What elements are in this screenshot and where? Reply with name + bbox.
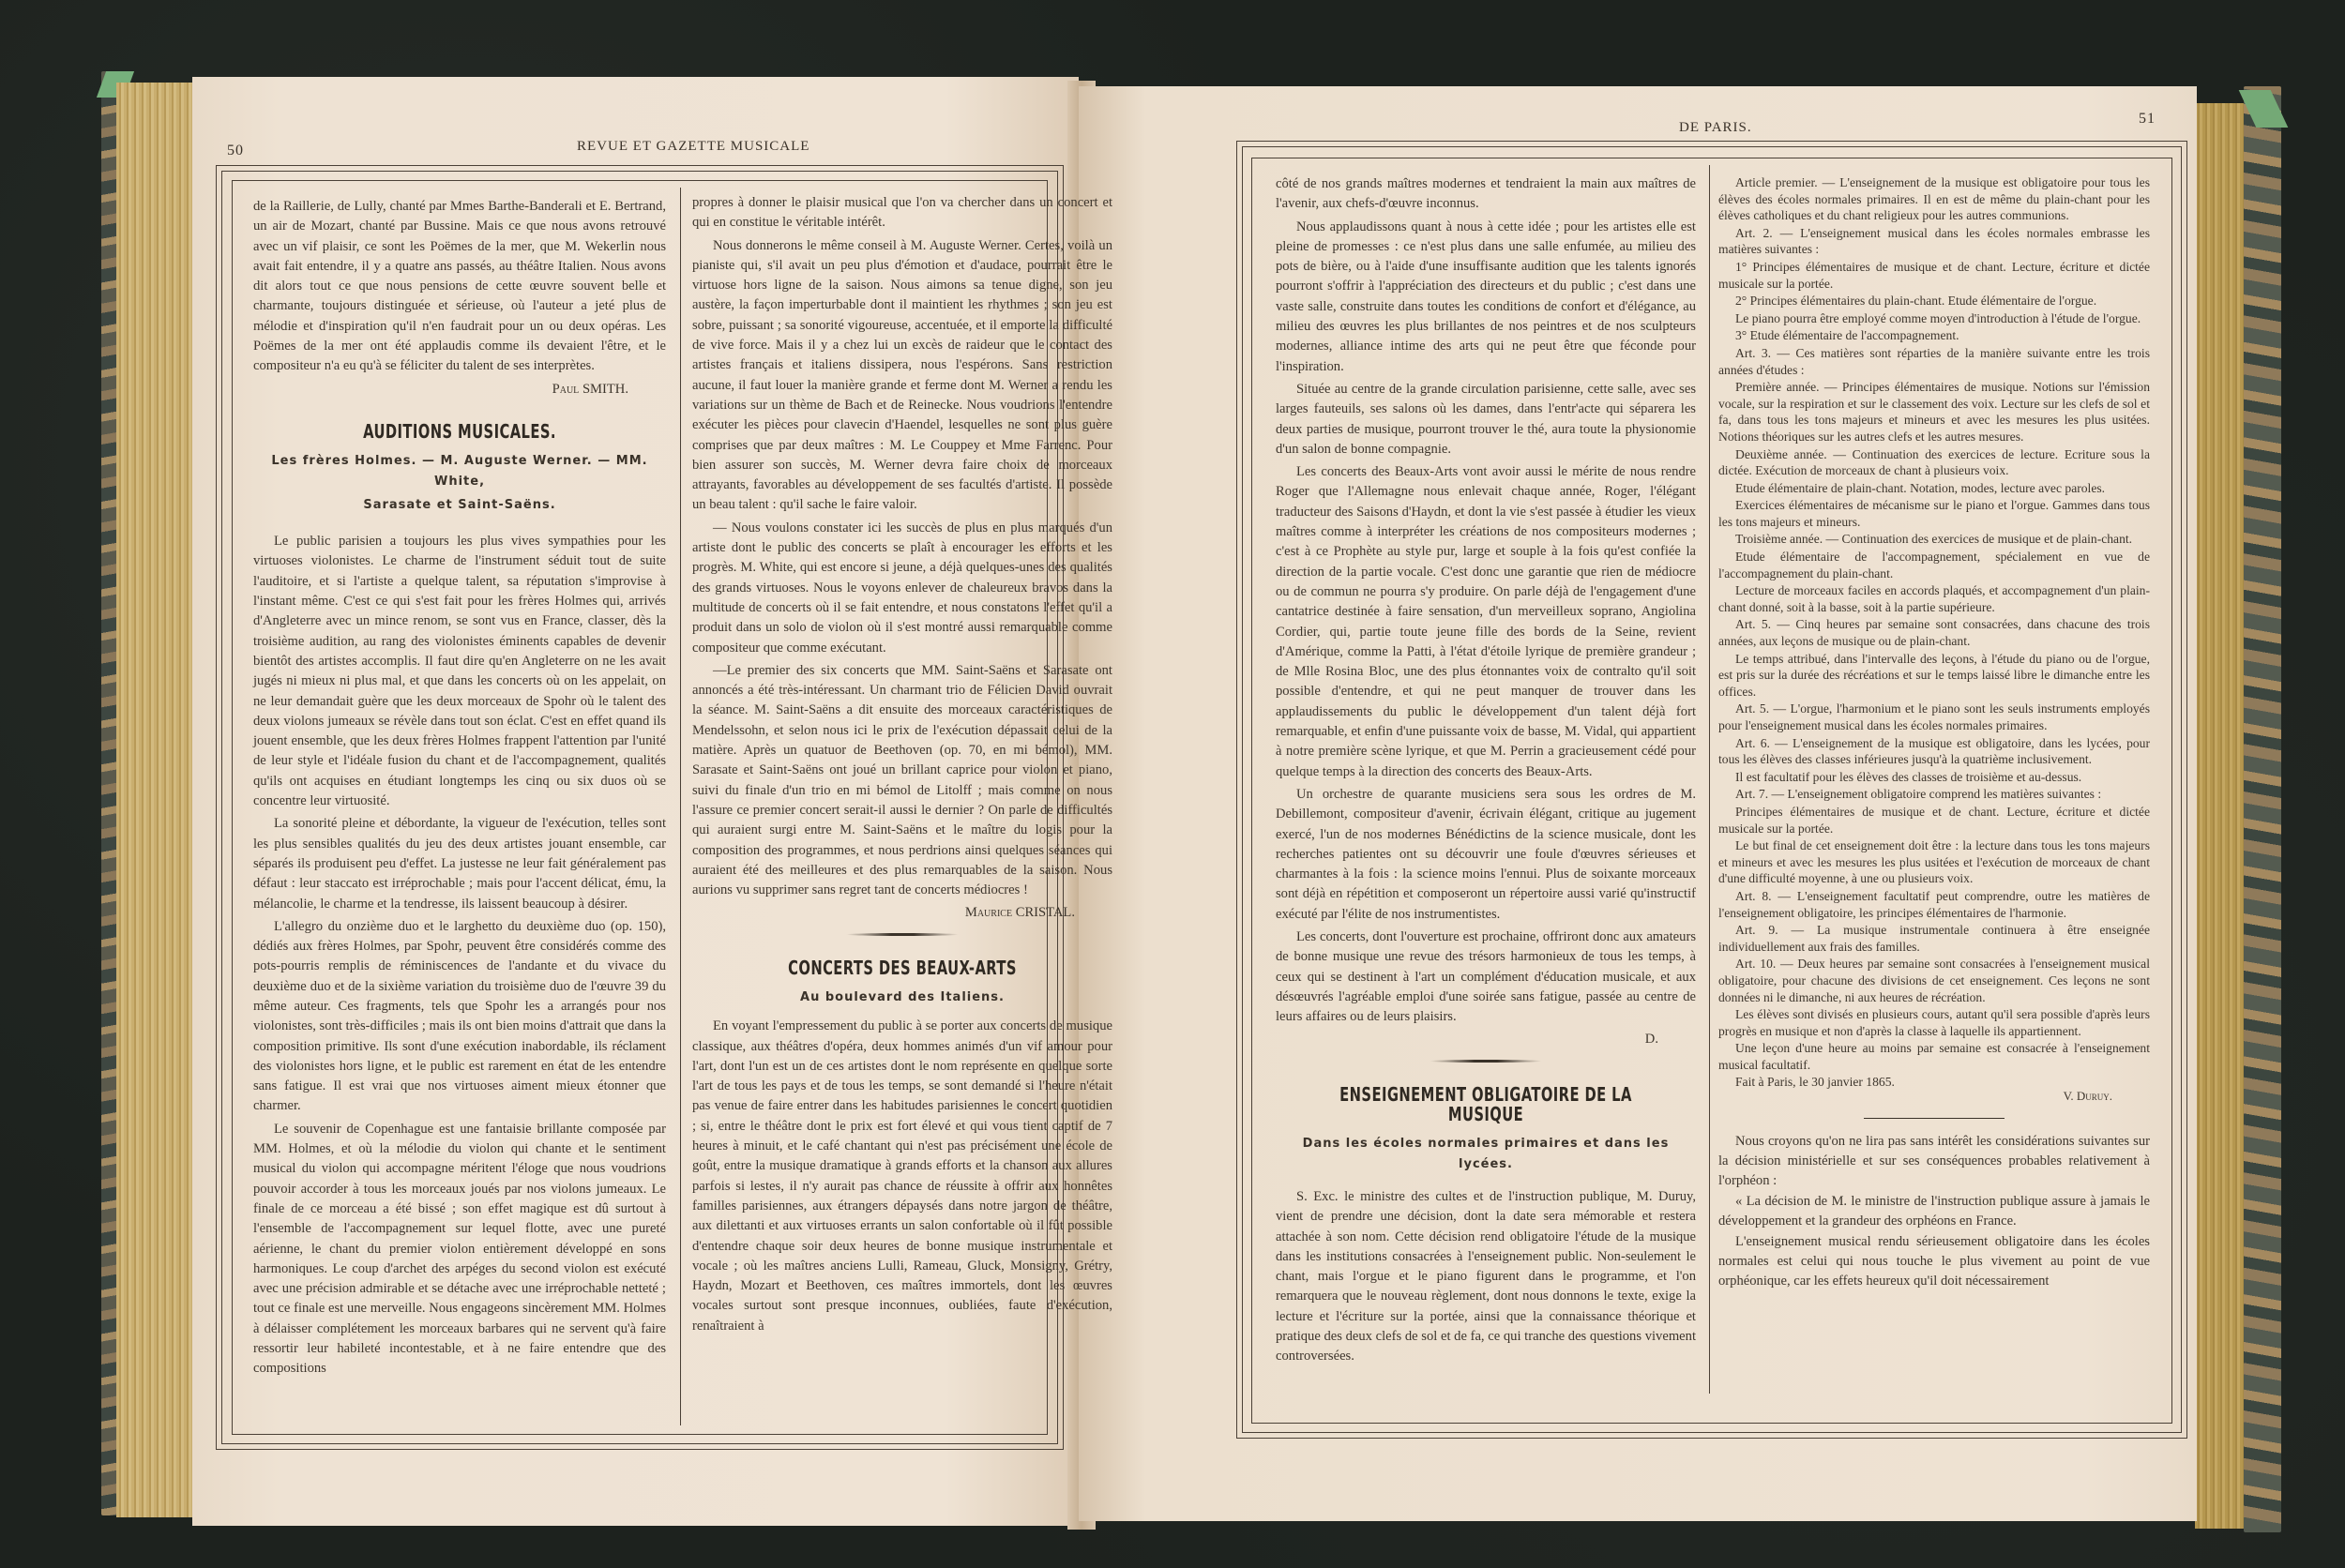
decree-article: 2° Principes élémentaires du plain-chant… xyxy=(1718,293,2150,309)
section-title: ENSEIGNEMENT OBLIGATOIRE DE LA MUSIQUE xyxy=(1313,1085,1657,1125)
right-page-number: 51 xyxy=(2139,111,2156,128)
paragraph: L'enseignement musical rendu sérieusemen… xyxy=(1718,1232,2150,1291)
paragraph: Le public parisien a toujours les plus v… xyxy=(253,532,666,811)
left-column-rule xyxy=(680,188,681,1425)
section-subtitle: Les frères Holmes. — M. Auguste Werner. … xyxy=(253,451,666,491)
paragraph: Le souvenir de Copenhague est une fantai… xyxy=(253,1120,666,1380)
paragraph: En voyant l'empressement du public à se … xyxy=(692,1017,1112,1336)
paragraph: Nous croyons qu'on ne lira pas sans inté… xyxy=(1718,1132,2150,1191)
decree-article: Art. 5. — Cinq heures par semaine sont c… xyxy=(1718,616,2150,649)
section-subtitle: Sarasate et Saint-Saëns. xyxy=(253,495,666,515)
paragraph: côté de nos grands maîtres modernes et t… xyxy=(1276,174,1696,215)
section-title: CONCERTS DES BEAUX-ARTS xyxy=(730,958,1074,978)
marbled-cover-right xyxy=(2244,86,2281,1532)
paragraph: Les concerts des Beaux-Arts vont avoir a… xyxy=(1276,462,1696,782)
right-column-rule xyxy=(1709,165,1710,1394)
left-page-column-1: de la Raillerie, de Lully, chanté par Mm… xyxy=(253,197,666,1382)
left-running-head: REVUE ET GAZETTE MUSICALE xyxy=(577,139,809,155)
signature: Paul SMITH. xyxy=(253,380,628,400)
decree-article: Deuxième année. — Continuation des exerc… xyxy=(1718,446,2150,479)
page-edges-right xyxy=(2195,103,2244,1529)
signature: Maurice CRISTAL. xyxy=(692,903,1075,923)
decree-article: Art. 2. — L'enseignement musical dans le… xyxy=(1718,225,2150,258)
right-running-head: DE PARIS. xyxy=(1679,120,1752,136)
paragraph: Nous donnerons le même conseil à M. Augu… xyxy=(692,236,1112,516)
section-title: AUDITIONS MUSICALES. xyxy=(291,422,629,442)
paragraph: Située au centre de la grande circulatio… xyxy=(1276,380,1696,460)
right-page-column-2: Article premier. — L'enseignement de la … xyxy=(1718,174,2150,1292)
paragraph: L'allegro du onzième duo et le larghetto… xyxy=(253,917,666,1117)
decree-article: Le but final de cet enseignement doit êt… xyxy=(1718,837,2150,887)
decree-article: 1° Principes élémentaires de musique et … xyxy=(1718,259,2150,292)
decree-article: Troisième année. — Continuation des exer… xyxy=(1718,531,2150,548)
section-subtitle: Dans les écoles normales primaires et da… xyxy=(1276,1134,1696,1174)
decree-article: Lecture de morceaux faciles en accords p… xyxy=(1718,582,2150,615)
paragraph: —Le premier des six concerts que MM. Sai… xyxy=(692,661,1112,901)
paragraph: Les concerts, dont l'ouverture est proch… xyxy=(1276,927,1696,1027)
paragraph: — Nous voulons constater ici les succès … xyxy=(692,519,1112,658)
left-page-number: 50 xyxy=(227,143,244,159)
right-page-column-1: côté de nos grands maîtres modernes et t… xyxy=(1276,174,1696,1370)
ornamental-rule xyxy=(846,933,959,936)
left-page-column-2: propres à donner le plaisir musical que … xyxy=(692,193,1112,1339)
decree-article: Le piano pourra être employé comme moyen… xyxy=(1718,310,2150,327)
article-text: de la Raillerie, de Lully, chanté par Mm… xyxy=(253,197,666,377)
decree-article: Le temps attribué, dans l'intervalle des… xyxy=(1718,651,2150,701)
ornamental-rule xyxy=(1430,1060,1542,1063)
paragraph: Un orchestre de quarante musiciens sera … xyxy=(1276,785,1696,925)
decree-article: Art. 5. — L'orgue, l'harmonium et le pia… xyxy=(1718,701,2150,733)
decree-article: Exercices élémentaires de mécanisme sur … xyxy=(1718,497,2150,530)
decree-article: Etude élémentaire de l'accompagnement, s… xyxy=(1718,549,2150,581)
paragraph: La sonorité pleine et débordante, la vig… xyxy=(253,814,666,913)
decree-article: Il est facultatif pour les élèves des cl… xyxy=(1718,769,2150,786)
decree-article: Art. 10. — Deux heures par semaine sont … xyxy=(1718,956,2150,1005)
decree-article: Art. 6. — L'enseignement de la musique e… xyxy=(1718,735,2150,768)
decree-article: Art. 9. — La musique instrumentale conti… xyxy=(1718,922,2150,955)
decree-article: Art. 8. — L'enseignement facultatif peut… xyxy=(1718,888,2150,921)
decree-article: Principes élémentaires de musique et de … xyxy=(1718,804,2150,837)
paragraph: propres à donner le plaisir musical que … xyxy=(692,193,1112,234)
signature: D. xyxy=(1276,1030,1658,1049)
decree-article: Une leçon d'une heure au moins par semai… xyxy=(1718,1040,2150,1073)
decree-article: Article premier. — L'enseignement de la … xyxy=(1718,174,2150,224)
decree-article: Art. 3. — Ces matières sont réparties de… xyxy=(1718,345,2150,378)
decree-article: 3° Etude élémentaire de l'accompagnement… xyxy=(1718,327,2150,344)
decree-article: Art. 7. — L'enseignement obligatoire com… xyxy=(1718,786,2150,803)
decree-article: Les élèves sont divisés en plusieurs cou… xyxy=(1718,1006,2150,1039)
decree-article: Première année. — Principes élémentaires… xyxy=(1718,379,2150,445)
page-edges-left xyxy=(116,83,197,1517)
divider-rule xyxy=(1864,1118,2005,1119)
paragraph: « La décision de M. le ministre de l'ins… xyxy=(1718,1192,2150,1231)
decree-article: Etude élémentaire de plain-chant. Notati… xyxy=(1718,480,2150,497)
paragraph: S. Exc. le ministre des cultes et de l'i… xyxy=(1276,1187,1696,1367)
section-subtitle: Au boulevard des Italiens. xyxy=(692,988,1112,1007)
paragraph: Nous applaudissons quant à nous à cette … xyxy=(1276,218,1696,377)
